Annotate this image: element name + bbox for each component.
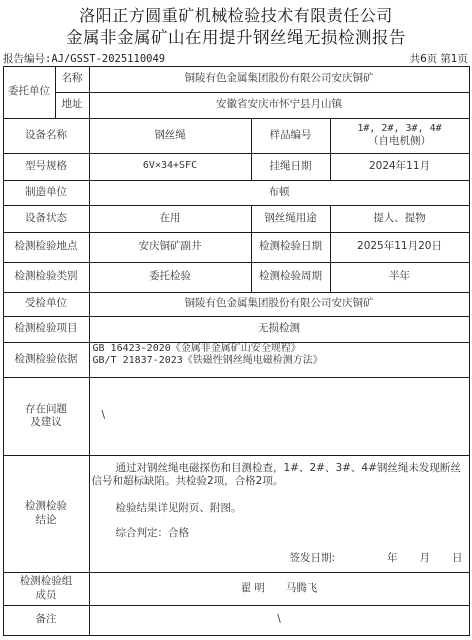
issues-label: 存在问题 及建议 — [3, 377, 90, 456]
sign-year: 年 — [387, 552, 398, 564]
hang-date-label: 挂绳日期 — [251, 153, 331, 181]
sign-date: 签发日期:年月日 — [290, 552, 463, 566]
conclusion-label-line2: 结论 — [36, 514, 57, 527]
remarks: \ — [89, 605, 470, 636]
inspection-date: 2025年11月20日 — [330, 232, 470, 263]
team-members: 翟 明 马腾飞 — [89, 572, 470, 606]
conclusion: 通过对钢丝绳电磁探伤和目测检查，1#、2#、3#、4#钢丝绳未发现断丝信号和超标… — [89, 455, 470, 573]
hang-date: 2024年11月 — [330, 153, 470, 181]
status: 在用 — [89, 205, 252, 233]
client-name-label: 名称 — [55, 66, 90, 93]
total-pages: 共6页 — [410, 53, 438, 65]
issues-label-line1: 存在问题 — [25, 403, 67, 416]
item-label: 检测检验项目 — [3, 316, 90, 343]
sample-no: 1#, 2#, 3#, 4# （自电机侧） — [330, 118, 470, 154]
usage: 提人、提物 — [330, 205, 470, 233]
category: 委托检验 — [89, 262, 252, 293]
category-label: 检测检验类别 — [3, 262, 90, 293]
model-label: 型号规格 — [3, 153, 90, 181]
team-label: 检测检验组 成员 — [3, 572, 90, 606]
basis: GB 16423-2020《金属非金属矿山安全规程》 GB/T 21837-20… — [89, 342, 470, 378]
model: 6V×34+SFC — [89, 153, 252, 181]
client-address: 安徽省安庆市怀宁县月山镇 — [89, 92, 470, 119]
cycle-label: 检测检验周期 — [251, 262, 331, 293]
cycle: 半年 — [330, 262, 470, 293]
sign-month: 月 — [420, 552, 431, 564]
report-number-label: 报告编号: — [3, 53, 51, 65]
inspection-date-label: 检测检验日期 — [251, 232, 331, 263]
equipment-name-label: 设备名称 — [3, 118, 90, 154]
basis-label: 检测检验依据 — [3, 342, 90, 378]
client-address-label: 地址 — [55, 92, 90, 119]
inspected-unit-label: 受检单位 — [3, 292, 90, 317]
report-number-value: AJ/GSST-2025110049 — [51, 53, 165, 65]
client-label: 委托单位 — [3, 66, 56, 119]
conclusion-para1: 通过对钢丝绳电磁探伤和目测检查，1#、2#、3#、4#钢丝绳未发现断丝信号和超标… — [92, 462, 464, 489]
remarks-label: 备注 — [3, 605, 90, 636]
current-page: 第1页 — [440, 53, 468, 65]
company-name: 洛阳正方圆重矿机械检验技术有限责任公司 — [0, 3, 472, 26]
page-indicator: 共6页第1页 — [407, 51, 468, 66]
conclusion-para3: 综合判定：合格 — [116, 527, 190, 541]
manufacturer-label: 制造单位 — [3, 180, 90, 206]
conclusion-para2: 检验结果详见附页、附图。 — [116, 502, 242, 516]
manufacturer: 布顿 — [89, 180, 470, 206]
report-number: 报告编号:AJ/GSST-2025110049 — [3, 51, 165, 66]
conclusion-label-line1: 检测检验 — [25, 500, 67, 513]
inspected-unit: 铜陵有色金属集团股份有限公司安庆铜矿 — [89, 292, 470, 317]
team-label-line2: 成员 — [36, 589, 57, 602]
location: 安庆铜矿副井 — [89, 232, 252, 263]
status-label: 设备状态 — [3, 205, 90, 233]
report-title: 金属非金属矿山在用提升钢丝绳无损检测报告 — [0, 24, 472, 48]
basis-line2: GB/T 21837-2023《铁磁性钢丝绳电磁检测方法》 — [93, 355, 323, 368]
sign-date-label: 签发日期: — [290, 552, 336, 564]
team-label-line1: 检测检验组 — [20, 575, 73, 588]
sign-day: 日 — [452, 552, 463, 564]
issues-label-line2: 及建议 — [30, 416, 62, 429]
conclusion-label: 检测检验 结论 — [3, 455, 90, 573]
issues: \ — [89, 377, 470, 456]
client-name: 铜陵有色金属集团股份有限公司安庆铜矿 — [89, 66, 470, 93]
location-label: 检测检验地点 — [3, 232, 90, 263]
item: 无损检测 — [89, 316, 470, 343]
sample-no-label: 样品编号 — [251, 118, 331, 154]
equipment-name: 钢丝绳 — [89, 118, 252, 154]
sample-no-line1: 1#, 2#, 3#, 4# — [357, 123, 441, 136]
basis-line1: GB 16423-2020《金属非金属矿山安全规程》 — [93, 343, 301, 356]
usage-label: 钢丝绳用途 — [251, 205, 331, 233]
sample-no-line2: （自电机侧） — [368, 135, 431, 148]
